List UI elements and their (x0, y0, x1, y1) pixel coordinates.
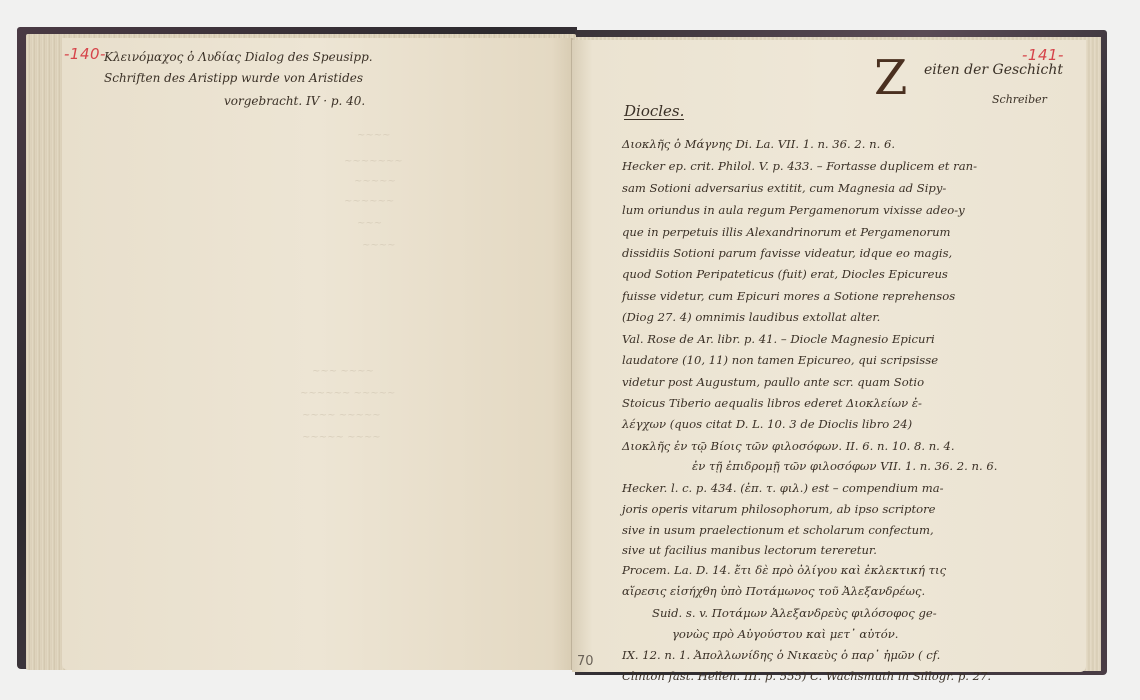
bleed-through: ~~~~ ~~~~~ (302, 410, 381, 421)
text-line: Val. Rose de Ar. libr. p. 41. – Diocle M… (622, 331, 935, 347)
text-line: sam Sotioni adversarius extitit, cum Mag… (622, 180, 946, 196)
bleed-through: ~~~~ (357, 130, 391, 141)
bleed-through: ~~~~ (362, 240, 396, 251)
bleed-through: ~~~ (357, 218, 382, 229)
text-line: dissidiis Sotioni parum favisse videatur… (622, 245, 952, 261)
notebook-photo: -140- Κλεινόμαχος ὁ Λυδίας Dialog des Sp… (0, 0, 1140, 700)
left-page: -140- Κλεινόμαχος ὁ Λυδίας Dialog des Sp… (62, 38, 572, 670)
text-line: λέγχων (quos citat D. L. 10. 3 de Diocli… (622, 416, 912, 432)
text-line: videtur post Augustum, paullo ante scr. … (622, 374, 924, 390)
text-line: γονὼς πρὸ Αὐγούστου καὶ μετ᾽ αὐτόν. (672, 626, 898, 642)
text-line: ἐν τῇ ἐπιδρομῇ τῶν φιλοσόφων VII. 1. n. … (692, 458, 997, 474)
bleed-through: ~~~~~ (354, 176, 396, 187)
text-line: Suid. s. v. Ποτάμων Ἀλεξανδρεὺς φιλόσοφο… (652, 605, 937, 621)
folio-number: 70 (577, 654, 594, 669)
bleed-through: ~~~~~~ ~~~~~ (300, 388, 395, 399)
text-line: αἵρεσις εἰσήχθη ὑπὸ Ποτάμωνος τοῦ Ἀλεξαν… (622, 583, 925, 599)
text-line: sive ut facilius manibus lectorum terere… (622, 542, 877, 558)
text-line: fuisse videtur, cum Epicuri mores a Soti… (622, 288, 955, 304)
text-line: Hecker. l. c. p. 434. (ἐπ. τ. φιλ.) est … (622, 480, 944, 496)
page-number-left: -140- (64, 45, 106, 63)
heading-text: eiten der Geschicht (924, 62, 1063, 78)
text-line: Procem. La. D. 14. ἔτι δὲ πρὸ ὀλίγου καὶ… (622, 562, 946, 578)
text-line: Διοκλῆς ὁ Μάγνης Di. La. VII. 1. n. 36. … (622, 136, 895, 152)
left-line-2: Schriften des Aristipp wurde von Aristid… (104, 70, 363, 86)
section-title: Diocles. (624, 103, 684, 120)
text-line: sive in usum praelectionum et scholarum … (622, 522, 934, 538)
right-page: -141- Z eiten der Geschicht Schreiber Di… (572, 40, 1086, 672)
text-line: (Diog 27. 4) omnimis laudibus extollat a… (622, 309, 880, 325)
bleed-through: ~~~~~~~ (344, 156, 403, 167)
left-line-3: vorgebracht. IV · p. 40. (224, 93, 365, 109)
bleed-through: ~~~~~~ (344, 196, 394, 207)
bleed-through: ~~~ ~~~~ (312, 366, 374, 377)
text-line: lum oriundus in aula regum Pergamenorum … (622, 202, 965, 218)
text-line: laudatore (10, 11) non tamen Epicureo, q… (622, 352, 938, 368)
text-line: Διοκλῆς ἐν τῷ Βίοις τῶν φιλοσόφων. II. 6… (622, 438, 955, 454)
text-line: quod Sotion Peripateticus (fuit) erat, D… (622, 266, 948, 282)
text-line: Clinton fast. Hellen. III. p. 555) C. Wa… (622, 668, 991, 684)
text-line: IX. 12. n. 1. Ἀπολλωνίδης ὁ Νικαεὺς ὁ πα… (622, 647, 940, 663)
left-line-1: Κλεινόμαχος ὁ Λυδίας Dialog des Speusipp… (104, 49, 373, 65)
text-line: Stoicus Tiberio aequalis libros ederet Δ… (622, 395, 922, 411)
text-line: que in perpetuis illis Alexandrinorum et… (622, 224, 951, 240)
heading-subtitle: Schreiber (992, 92, 1047, 108)
bleed-through: ~~~~~ ~~~~ (302, 432, 381, 443)
text-line: Hecker ep. crit. Philol. V. p. 433. – Fo… (622, 158, 977, 174)
text-line: joris operis vitarum philosophorum, ab i… (622, 501, 936, 517)
heading-initial: Z (874, 50, 907, 106)
